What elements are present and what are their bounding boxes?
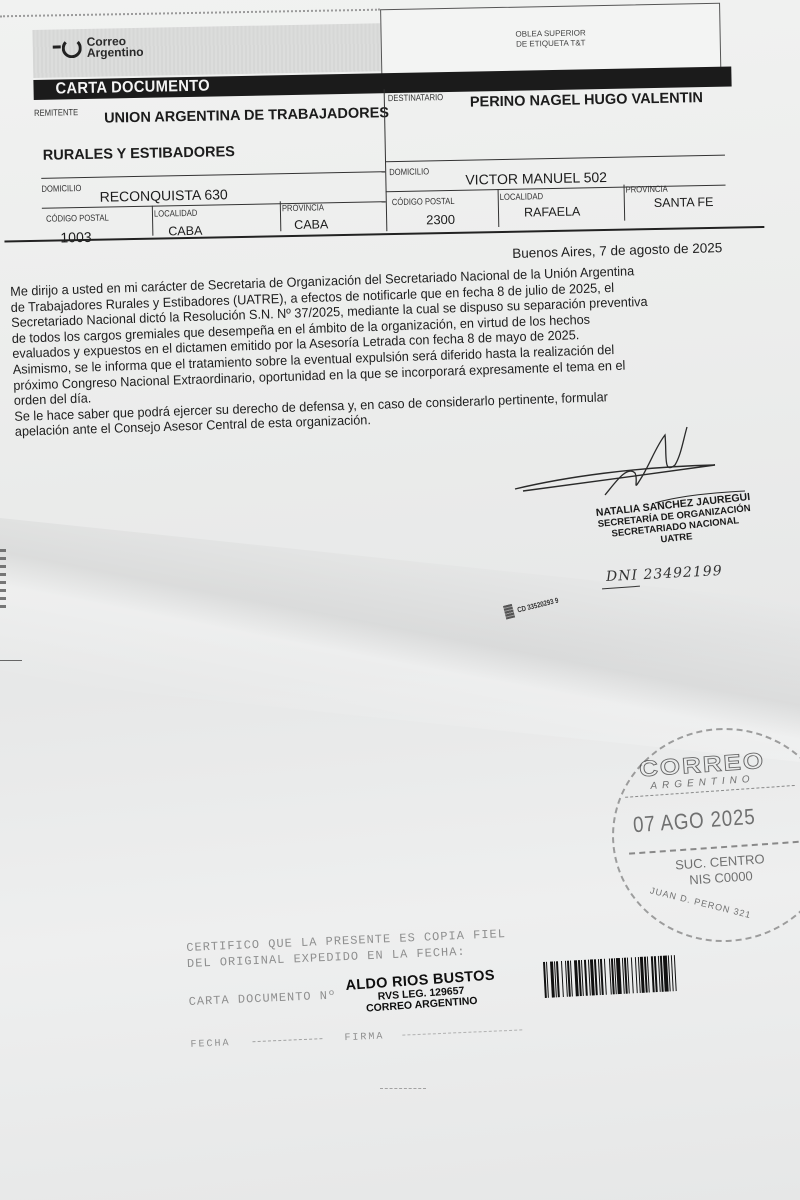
logo-text-line2: Argentino [87, 47, 144, 59]
destinatario-localidad: RAFAELA [524, 204, 581, 219]
remitente-cp-label: CÓDIGO POSTAL [46, 213, 109, 224]
destinatario-provincia-label: PROVINCIA [626, 184, 668, 195]
margin-marks [0, 548, 6, 608]
letter-body: Me dirijo a usted en mi carácter de Secr… [10, 259, 775, 440]
stamp-address: JUAN D. PERON 321 [649, 885, 752, 920]
tracking-barcode [543, 948, 800, 998]
destinatario-cp: 2300 [426, 212, 455, 228]
remitente-localidad-label: LOCALIDAD [154, 208, 198, 219]
destinatario-cp-label: CÓDIGO POSTAL [392, 196, 455, 207]
destinatario-label: DESTINATARIO [388, 92, 444, 103]
remitente-name-line1: UNION ARGENTINA DE TRABAJADORES [104, 105, 389, 126]
destinatario-name: PERINO NAGEL HUGO VALENTIN [470, 90, 703, 110]
barcode-chip-icon [503, 604, 515, 620]
cert-dash-line [380, 1088, 426, 1089]
margin-line [0, 660, 22, 661]
remitente-cp: 1003 [60, 229, 91, 246]
stamp-date: 07 AGO 2025 [632, 804, 756, 838]
oblea-label-box: OBLEA SUPERIOR DE ETIQUETA T&T [380, 3, 721, 76]
remitente-name-line2: RURALES Y ESTIBADORES [43, 144, 235, 164]
paper-fold-shadow [0, 518, 800, 762]
remitente-domicilio: RECONQUISTA 630 [99, 186, 227, 204]
document-title: CARTA DOCUMENTO [55, 78, 210, 99]
cert-firma-label: FIRMA [344, 1031, 384, 1044]
signer-dni: DNI 23492199 [606, 563, 723, 585]
destinatario-domicilio: VICTOR MANUEL 502 [465, 169, 607, 188]
form-bottom-rule [4, 226, 764, 243]
remitente-provincia-label: PROVINCIA [282, 202, 324, 213]
remitente-label: REMITENTE [34, 107, 78, 118]
postal-date-stamp: CORREO ARGENTINO 07 AGO 2025 SUC. CENTRO… [605, 720, 800, 949]
destinatario-domicilio-label: DOMICILIO [389, 166, 429, 177]
carta-documento-form-header: Correo Argentino OBLEA SUPERIOR DE ETIQU… [30, 0, 735, 258]
carta-documento-page: Correo Argentino OBLEA SUPERIOR DE ETIQU… [0, 0, 800, 1200]
destinatario-localidad-label: LOCALIDAD [500, 191, 544, 202]
remitente-provincia: CABA [294, 217, 328, 232]
cert-fecha-label: FECHA [190, 1038, 230, 1051]
correo-argentino-logo: Correo Argentino [53, 36, 144, 60]
correo-argentino-logo-icon [53, 38, 81, 59]
destinatario-provincia: SANTA FE [654, 195, 714, 210]
cert-line4: FECHA FIRMA [190, 1023, 522, 1053]
remitente-domicilio-label: DOMICILIO [41, 183, 81, 194]
